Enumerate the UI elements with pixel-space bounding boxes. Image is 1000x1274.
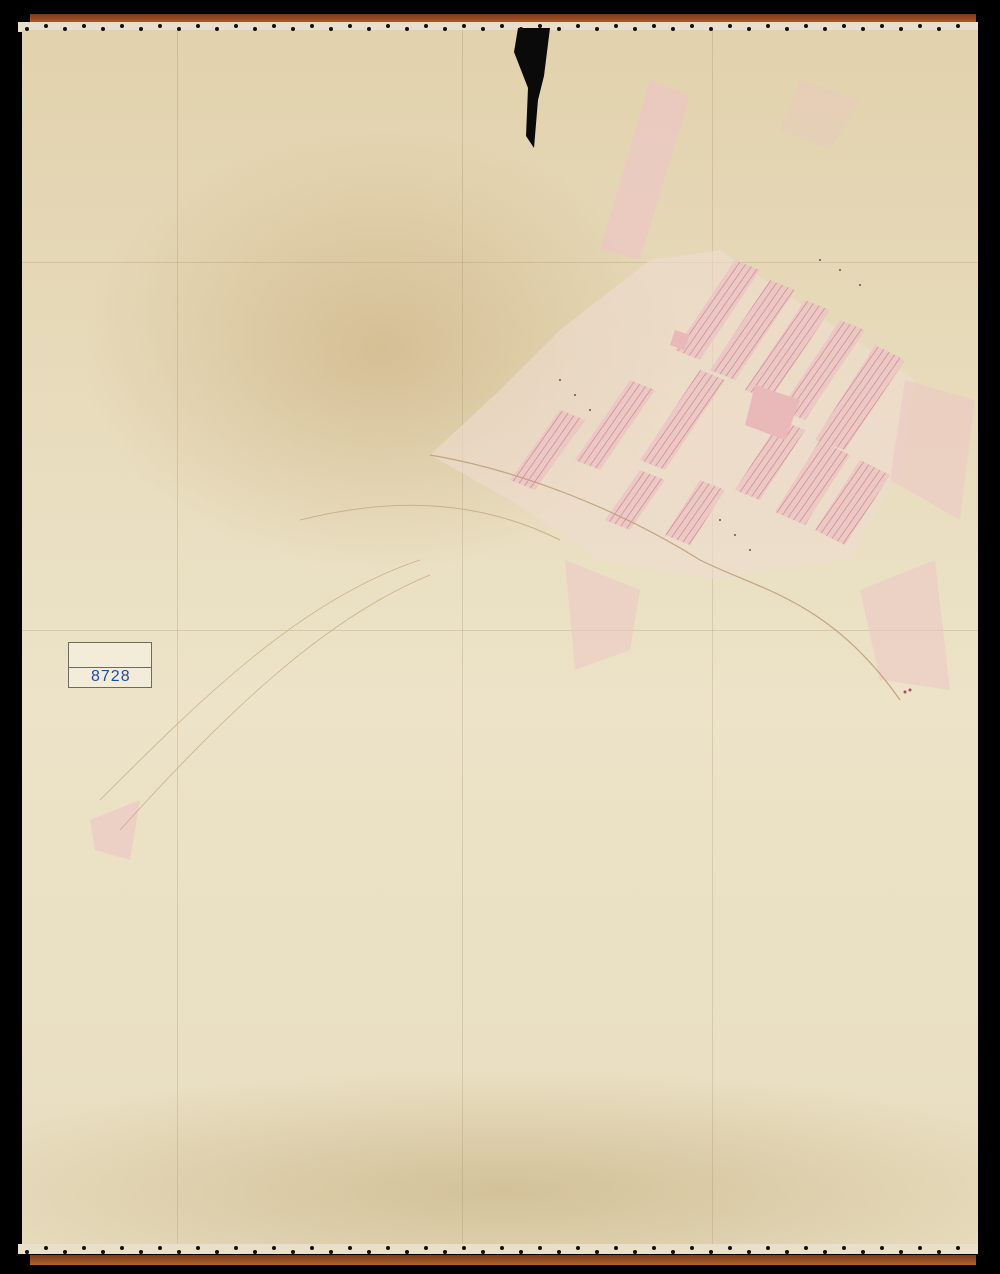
eyelet (956, 1246, 960, 1250)
eyelet (462, 24, 466, 28)
eyelet (671, 27, 675, 31)
eyelet (310, 24, 314, 28)
eyelet (633, 1250, 637, 1254)
eyelet (804, 24, 808, 28)
eyelet (652, 1246, 656, 1250)
eyelet (25, 1250, 29, 1254)
eyelet (899, 27, 903, 31)
eyelet (272, 24, 276, 28)
eyelet (139, 1250, 143, 1254)
eyelet (785, 1250, 789, 1254)
eyelet (196, 1246, 200, 1250)
eyelet (614, 24, 618, 28)
eyelet (595, 27, 599, 31)
eyelet (44, 24, 48, 28)
eyelet (443, 27, 447, 31)
eyelet (766, 1246, 770, 1250)
eyelet (234, 24, 238, 28)
eyelet (918, 24, 922, 28)
eyelet (937, 27, 941, 31)
eyelet (44, 1246, 48, 1250)
eyelet (101, 1250, 105, 1254)
eyelet (63, 27, 67, 31)
eyelet (196, 24, 200, 28)
label-header (69, 643, 151, 668)
eyelet (405, 27, 409, 31)
eyelet (804, 1246, 808, 1250)
eyelet (291, 27, 295, 31)
eyelet (329, 1250, 333, 1254)
eyelet (500, 1246, 504, 1250)
eyelet (481, 27, 485, 31)
eyelet (424, 1246, 428, 1250)
eyelet (481, 1250, 485, 1254)
eyelet (367, 27, 371, 31)
eyelet (234, 1246, 238, 1250)
eyelet (519, 1250, 523, 1254)
eyelet (120, 24, 124, 28)
eyelet (310, 1246, 314, 1250)
eyelet (443, 1250, 447, 1254)
eyelet (272, 1246, 276, 1250)
eyelet (424, 24, 428, 28)
eyelet (139, 27, 143, 31)
eyelet (633, 27, 637, 31)
eyelet (709, 1250, 713, 1254)
eyelet (25, 27, 29, 31)
catalog-number: 8728 (91, 668, 131, 686)
eyelet (690, 24, 694, 28)
eyelet (861, 1250, 865, 1254)
eyelet (823, 1250, 827, 1254)
eyelet (595, 1250, 599, 1254)
eyelet (728, 24, 732, 28)
eyelet (215, 27, 219, 31)
eyelet (842, 24, 846, 28)
eyelet (253, 27, 257, 31)
eyelet (158, 24, 162, 28)
outlying-lot (90, 800, 140, 860)
eyelet (842, 1246, 846, 1250)
eyelet (348, 1246, 352, 1250)
eyelet (766, 24, 770, 28)
eyelet (861, 27, 865, 31)
eyelet (82, 24, 86, 28)
eyelet (538, 24, 542, 28)
eyelet (956, 24, 960, 28)
eyelet (253, 1250, 257, 1254)
eyelet (538, 1246, 542, 1250)
eyelet (880, 24, 884, 28)
eyelet (291, 1250, 295, 1254)
eyelet (215, 1250, 219, 1254)
eyelet (462, 1246, 466, 1250)
eyelet (899, 1250, 903, 1254)
eyelet (576, 24, 580, 28)
eyelet (120, 1246, 124, 1250)
eyelet (177, 1250, 181, 1254)
eyelet (405, 1250, 409, 1254)
street-grid-map (0, 0, 1000, 1274)
bottom-mount-strip (18, 1244, 978, 1254)
eyelet (576, 1246, 580, 1250)
eyelet (690, 1246, 694, 1250)
eyelet (386, 1246, 390, 1250)
eyelet (880, 1246, 884, 1250)
eyelet (709, 27, 713, 31)
eyelet (652, 24, 656, 28)
catalog-label: 8728 (68, 642, 152, 688)
eyelet (785, 27, 789, 31)
eyelet (728, 1246, 732, 1250)
eyelet (557, 1250, 561, 1254)
eyelet (671, 1250, 675, 1254)
eyelet (918, 1246, 922, 1250)
eyelet (519, 27, 523, 31)
eyelet (823, 27, 827, 31)
eyelet (386, 24, 390, 28)
eyelet (614, 1246, 618, 1250)
eyelet (82, 1246, 86, 1250)
eyelet (348, 24, 352, 28)
bottom-roller (30, 1255, 976, 1265)
eyelet (101, 27, 105, 31)
eyelet (500, 24, 504, 28)
eyelet (329, 27, 333, 31)
eyelet (177, 27, 181, 31)
eyelet (557, 27, 561, 31)
eyelet (158, 1246, 162, 1250)
eyelet (937, 1250, 941, 1254)
eyelet (367, 1250, 371, 1254)
eyelet (747, 27, 751, 31)
eyelet (747, 1250, 751, 1254)
eyelet (63, 1250, 67, 1254)
